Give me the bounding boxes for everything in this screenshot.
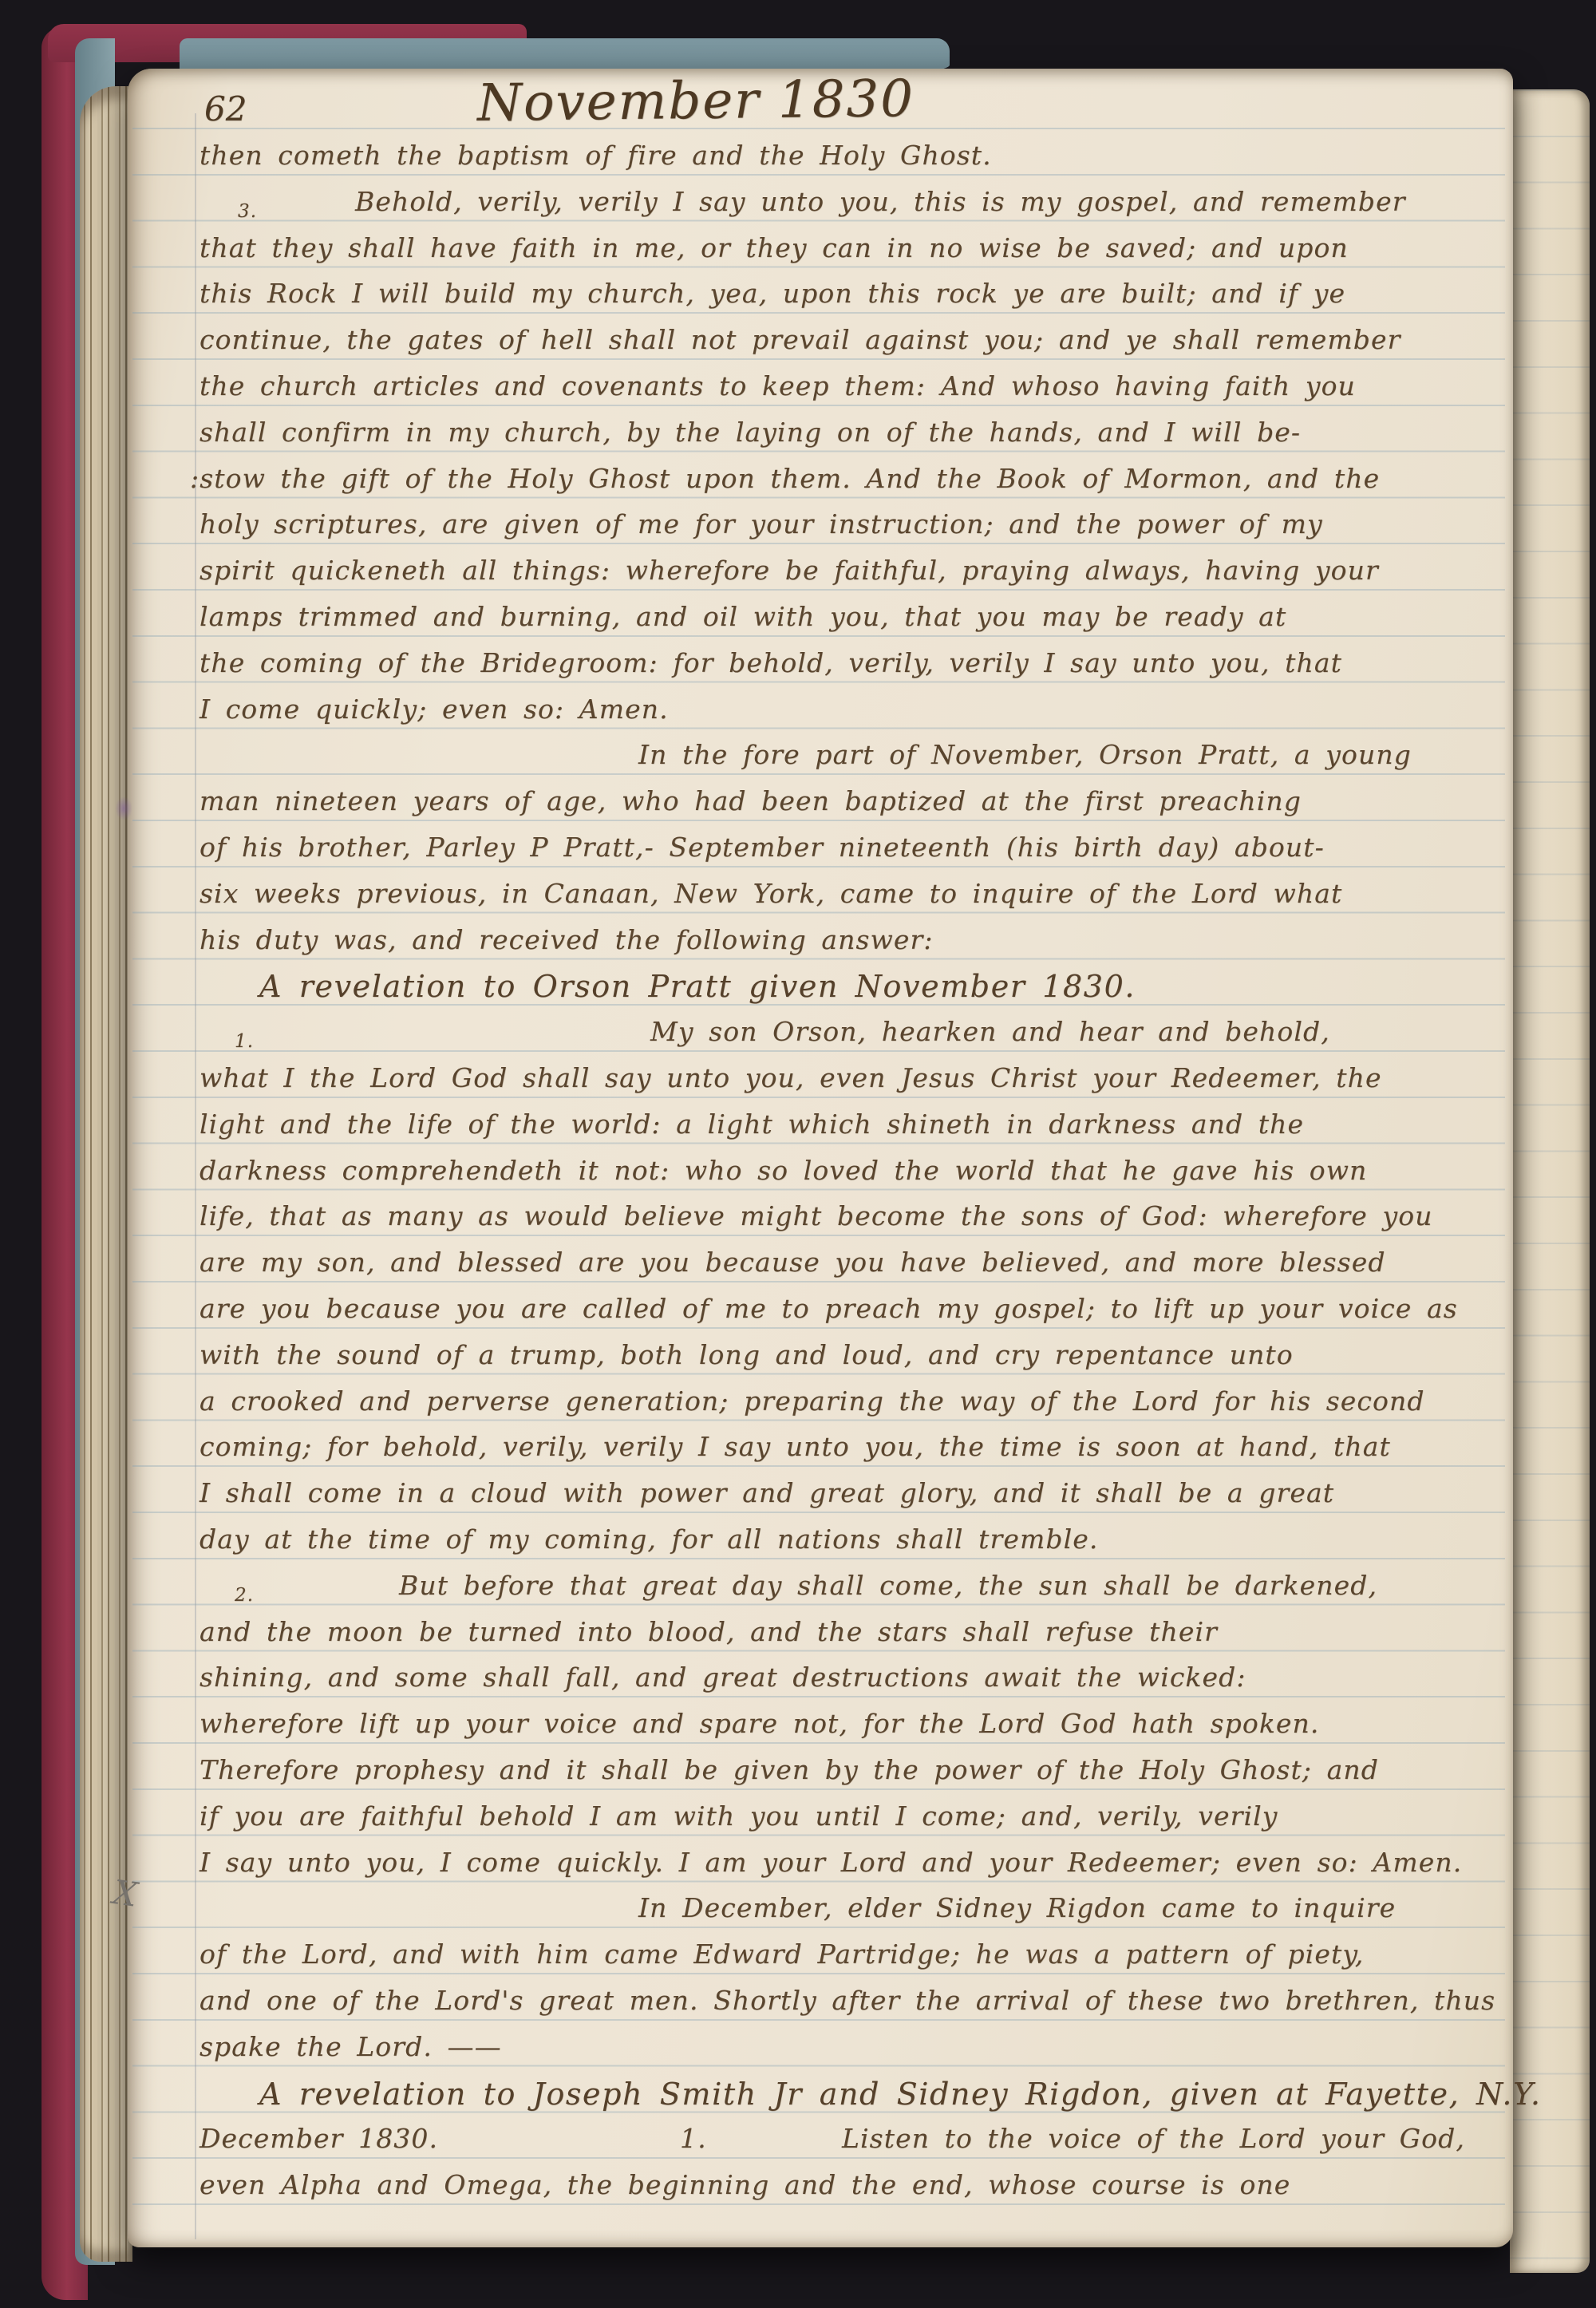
manuscript-line: December 1830.1.Listen to the voice of t… — [199, 2119, 1518, 2165]
manuscript-line: shining, and some shall fall, and great … — [199, 1658, 1518, 1704]
line-text: six weeks previous, in Canaan, New York,… — [199, 874, 1342, 914]
manuscript-line: are my son, and blessed are you because … — [199, 1243, 1518, 1289]
line-text: coming; for behold, verily, verily I say… — [199, 1427, 1391, 1467]
line-segment: Listen to the voice of the Lord your God… — [842, 2119, 1465, 2159]
line-text: spake the Lord. —— — [199, 2027, 502, 2067]
line-text: lamps trimmed and burning, and oil with … — [199, 597, 1286, 637]
manuscript-line: then cometh the baptism of fire and the … — [199, 136, 1518, 182]
manuscript-line: that they shall have faith in me, or the… — [199, 228, 1518, 275]
line-segment: 1. — [680, 2119, 707, 2159]
line-text: Therefore prophesy and it shall be given… — [199, 1750, 1379, 1790]
line-text: :stow the gift of the Holy Ghost upon th… — [190, 459, 1380, 499]
manuscript-line: I shall come in a cloud with power and g… — [199, 1473, 1518, 1520]
line-text: darkness comprehendeth it not: who so lo… — [199, 1151, 1367, 1191]
manuscript-line: his duty was, and received the following… — [199, 920, 1518, 966]
line-text: A revelation to Orson Pratt given Novemb… — [259, 966, 1136, 1007]
line-text: In December, elder Sidney Rigdon came to… — [638, 1888, 1396, 1928]
line-text: I shall come in a cloud with power and g… — [199, 1473, 1334, 1513]
line-text: of the Lord, and with him came Edward Pa… — [199, 1935, 1364, 1974]
manuscript-line: spirit quickeneth all things: wherefore … — [199, 551, 1518, 597]
manuscript-line: man nineteen years of age, who had been … — [199, 781, 1518, 828]
manuscript-line: and the moon be turned into blood, and t… — [199, 1612, 1518, 1658]
verse-number: 2. — [235, 1575, 254, 1615]
ink-smudge — [115, 796, 132, 820]
manuscript-line: six weeks previous, in Canaan, New York,… — [199, 874, 1518, 920]
manuscript-line: I say unto you, I come quickly. I am you… — [199, 1843, 1518, 1889]
manuscript-line: shall confirm in my church, by the layin… — [199, 413, 1518, 459]
manuscript-line: even Alpha and Omega, the beginning and … — [199, 2165, 1518, 2211]
line-text: his duty was, and received the following… — [199, 920, 934, 960]
manuscript-line: continue, the gates of hell shall not pr… — [199, 320, 1518, 366]
manuscript-line: spake the Lord. —— — [199, 2027, 1518, 2073]
line-text: are my son, and blessed are you because … — [199, 1243, 1386, 1282]
line-text: I come quickly; even so: Amen. — [199, 690, 669, 729]
line-text: the coming of the Bridegroom: for behold… — [199, 643, 1342, 683]
line-text: what I the Lord God shall say unto you, … — [199, 1058, 1382, 1098]
line-text: even Alpha and Omega, the beginning and … — [199, 2165, 1290, 2205]
manuscript-line: 1.My son Orson, hearken and hear and beh… — [199, 1012, 1518, 1058]
line-text: I say unto you, I come quickly. I am you… — [199, 1843, 1462, 1883]
line-text: this Rock I will build my church, yea, u… — [199, 274, 1345, 314]
line-text: My son Orson, hearken and hear and behol… — [650, 1012, 1330, 1052]
line-text: spirit quickeneth all things: wherefore … — [199, 551, 1379, 591]
facing-page-edge — [1510, 89, 1590, 2273]
manuscript-line: wherefore lift up your voice and spare n… — [199, 1704, 1518, 1750]
manuscript-line: :stow the gift of the Holy Ghost upon th… — [199, 459, 1518, 505]
manuscript-line: light and the life of the world: a light… — [199, 1105, 1518, 1151]
line-text: then cometh the baptism of fire and the … — [199, 136, 992, 176]
line-text: Behold, verily, verily I say unto you, t… — [355, 182, 1406, 222]
line-text: light and the life of the world: a light… — [199, 1105, 1304, 1144]
manuscript-line: day at the time of my coming, for all na… — [199, 1520, 1518, 1566]
line-text: man nineteen years of age, who had been … — [199, 781, 1302, 821]
line-text: wherefore lift up your voice and spare n… — [199, 1704, 1320, 1744]
page-header: November 1830 — [477, 69, 915, 133]
manuscript-line: 2.But before that great day shall come, … — [199, 1566, 1518, 1612]
manuscript-line: the church articles and covenants to kee… — [199, 366, 1518, 413]
manuscript-lines: then cometh the baptism of fire and the … — [199, 136, 1518, 2249]
line-text: the church articles and covenants to kee… — [199, 366, 1356, 406]
manuscript-line: holy scriptures, are given of me for you… — [199, 504, 1518, 551]
manuscript-line: In the fore part of November, Orson Prat… — [199, 735, 1518, 781]
line-text: and one of the Lord's great men. Shortly… — [199, 1981, 1495, 2021]
manuscript-line: if you are faithful behold I am with you… — [199, 1796, 1518, 1843]
manuscript-line: coming; for behold, verily, verily I say… — [199, 1427, 1518, 1473]
manuscript-line: life, that as many as would believe migh… — [199, 1196, 1518, 1243]
line-text: shall confirm in my church, by the layin… — [199, 413, 1301, 453]
manuscript-line: are you because you are called of me to … — [199, 1289, 1518, 1335]
manuscript-line: a crooked and perverse generation; prepa… — [199, 1381, 1518, 1428]
line-text: day at the time of my coming, for all na… — [199, 1520, 1099, 1559]
line-text: are you because you are called of me to … — [199, 1289, 1458, 1329]
line-text: But before that great day shall come, th… — [399, 1566, 1377, 1606]
line-text: with the sound of a trump, both long and… — [199, 1335, 1294, 1375]
manuscript-line: I come quickly; even so: Amen. — [199, 690, 1518, 736]
line-text: continue, the gates of hell shall not pr… — [199, 320, 1400, 360]
manuscript-line: and one of the Lord's great men. Shortly… — [199, 1981, 1518, 2027]
line-text: a crooked and perverse generation; prepa… — [199, 1381, 1425, 1421]
manuscript-line: of the Lord, and with him came Edward Pa… — [199, 1935, 1518, 1981]
line-text: A revelation to Joseph Smith Jr and Sidn… — [259, 2073, 1542, 2115]
line-segment: December 1830. — [199, 2119, 438, 2159]
line-text: and the moon be turned into blood, and t… — [199, 1612, 1218, 1652]
manuscript-line: darkness comprehendeth it not: who so lo… — [199, 1151, 1518, 1197]
manuscript-line: In December, elder Sidney Rigdon came to… — [199, 1888, 1518, 1935]
manuscript-line: A revelation to Orson Pratt given Novemb… — [199, 966, 1518, 1012]
manuscript-line: lamps trimmed and burning, and oil with … — [199, 597, 1518, 643]
manuscript-page: 62 November 1830 X then cometh the bapti… — [128, 69, 1513, 2247]
margin-x-mark: X — [111, 1872, 140, 1915]
line-text: that they shall have faith in me, or the… — [199, 228, 1349, 268]
margin-rule — [195, 113, 196, 2239]
line-text: holy scriptures, are given of me for you… — [199, 504, 1323, 544]
line-text: if you are faithful behold I am with you… — [199, 1796, 1278, 1836]
manuscript-line: Therefore prophesy and it shall be given… — [199, 1750, 1518, 1796]
verse-number: 1. — [235, 1022, 254, 1061]
line-text: In the fore part of November, Orson Prat… — [638, 735, 1412, 775]
line-text: of his brother, Parley P Pratt,- Septemb… — [199, 828, 1325, 867]
manuscript-line: 3.Behold, verily, verily I say unto you,… — [199, 182, 1518, 228]
line-text: shining, and some shall fall, and great … — [199, 1658, 1246, 1697]
verse-number: 3. — [238, 192, 257, 231]
manuscript-line: the coming of the Bridegroom: for behold… — [199, 643, 1518, 690]
manuscript-line: this Rock I will build my church, yea, u… — [199, 274, 1518, 320]
manuscript-line: with the sound of a trump, both long and… — [199, 1335, 1518, 1381]
manuscript-line: A revelation to Joseph Smith Jr and Sidn… — [199, 2073, 1518, 2120]
manuscript-line: of his brother, Parley P Pratt,- Septemb… — [199, 828, 1518, 874]
line-text: life, that as many as would believe migh… — [199, 1196, 1433, 1236]
stacked-page-edges — [80, 86, 132, 2262]
page-number: 62 — [204, 89, 247, 128]
manuscript-line: what I the Lord God shall say unto you, … — [199, 1058, 1518, 1105]
